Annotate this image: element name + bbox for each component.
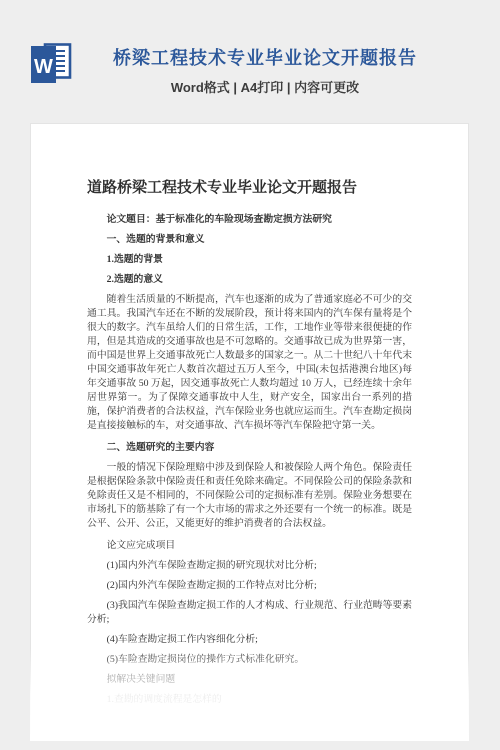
deliverable-4: (4)车险查勘定损工作内容细化分析; — [87, 633, 412, 647]
deliverables-heading: 论文应完成项目 — [87, 539, 412, 553]
document-preview-page[interactable]: 道路桥梁工程技术专业毕业论文开题报告 论文题目：基于标准化的车险现场查勘定损方法… — [30, 123, 469, 741]
deliverable-3: (3)我国汽车保险查勘定损工作的人才构成、行业规范、行业范畴等要素分析; — [87, 599, 412, 627]
word-icon-letter: W — [34, 56, 53, 78]
key-issues-heading: 拟解决关键问题 — [87, 673, 412, 687]
deliverable-5: (5)车险查勘定损岗位的操作方式标准化研究。 — [87, 653, 412, 667]
deliverable-1: (1)国内外汽车保险查勘定损的研究现状对比分析; — [87, 559, 412, 573]
deliverable-2: (2)国内外汽车保险查勘定损的工作特点对比分析; — [87, 579, 412, 593]
paragraph-content: 一般的情况下保险理赔中涉及到保险人和被保险人两个角色。保险责任是根据保险条款中保… — [87, 461, 412, 531]
document-title: 道路桥梁工程技术专业毕业论文开题报告 — [87, 176, 412, 197]
template-subtitle: Word格式 | A4打印 | 内容可更改 — [112, 77, 418, 96]
subsection-1-2: 2.选题的意义 — [87, 273, 412, 287]
template-title: 桥梁工程技术专业毕业论文开题报告 — [112, 44, 418, 70]
section-1-heading: 一、选题的背景和意义 — [87, 233, 412, 247]
word-icon: W — [31, 42, 73, 83]
subsection-1-1: 1.选题的背景 — [87, 253, 412, 267]
section-2-heading: 二、选题研究的主要内容 — [87, 441, 412, 455]
paragraph-background: 随着生活质量的不断提高，汽车也逐渐的成为了普通家庭必不可少的交通工具。我国汽车还… — [87, 293, 412, 433]
key-issue-1: 1.查勘的调度流程是怎样的 — [87, 693, 412, 707]
thesis-topic: 论文题目：基于标准化的车险现场查勘定损方法研究 — [87, 213, 412, 227]
